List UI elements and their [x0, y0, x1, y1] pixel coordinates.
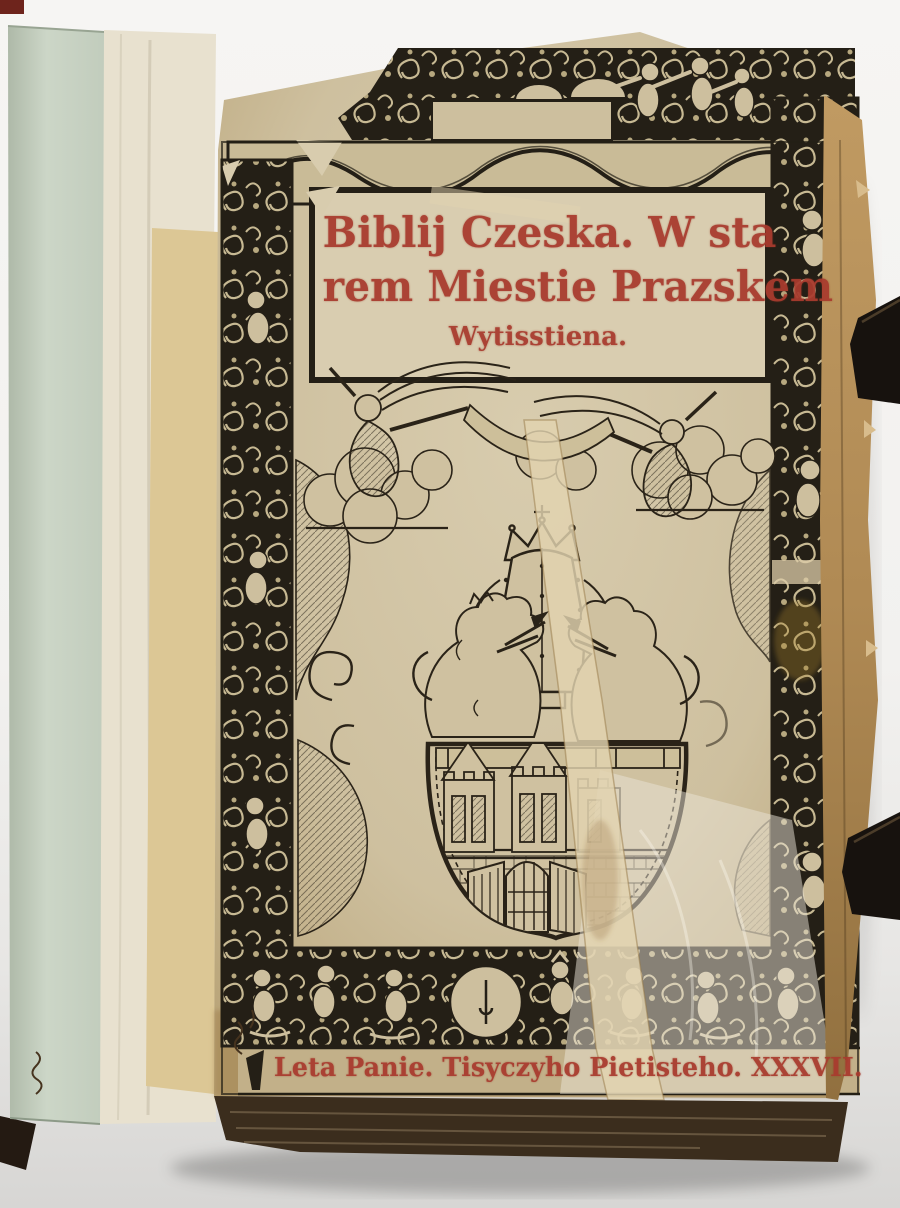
book — [0, 0, 900, 1208]
photo-backdrop: Biblij Czeska. W sta rem Miestie Prazske… — [0, 0, 900, 1208]
spine-edge-bottom — [0, 1116, 36, 1170]
imprint-line: Leta Panie. Tisyczyho Pietisteho. XXXVII… — [274, 1053, 848, 1083]
title-line-1: Biblij Czeska. W sta — [323, 208, 754, 257]
bottom-text-block-edge — [214, 1096, 848, 1162]
spine-edge-top — [0, 0, 24, 14]
title-line-2: rem Miestie Prazskem — [323, 262, 754, 311]
title-line-3: Wytisstiena. — [316, 322, 760, 352]
border-left — [222, 160, 292, 948]
underleaf-strip — [146, 228, 218, 1094]
